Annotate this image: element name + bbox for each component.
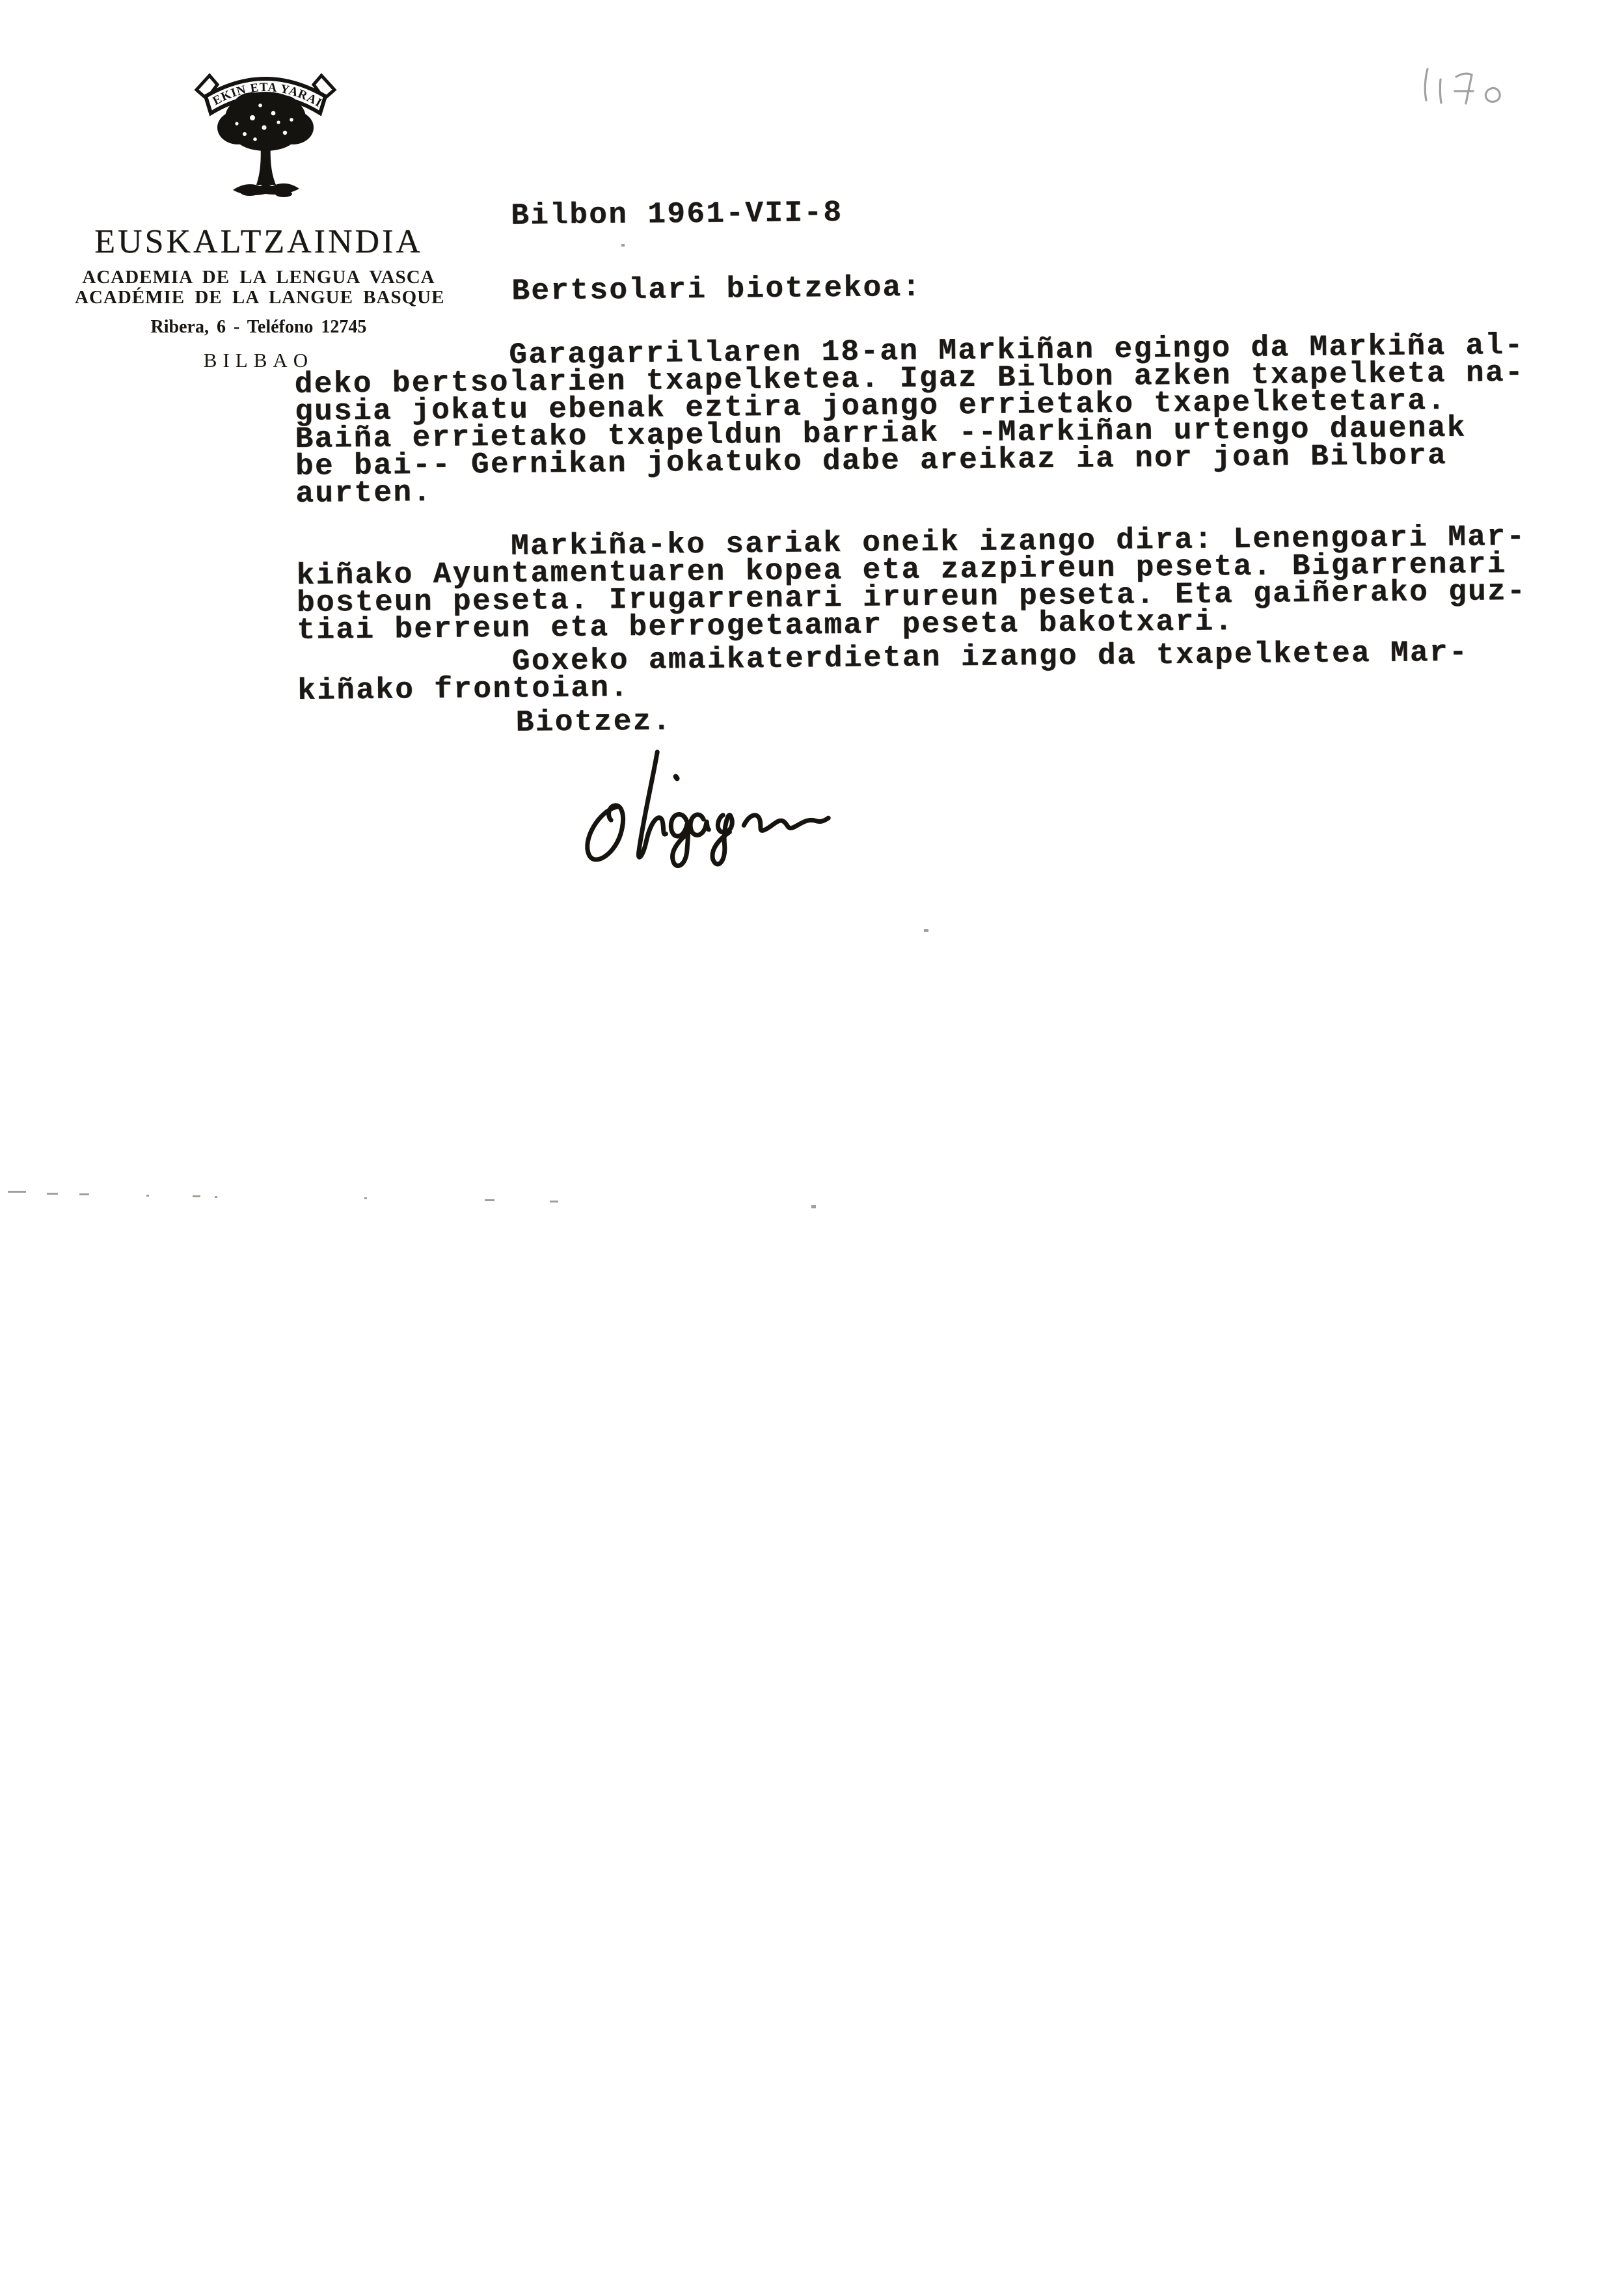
paragraph-2: Markiña-ko sariak oneik izango dira: Len… [296, 523, 1527, 644]
scan-speck [79, 1193, 89, 1195]
pencil-annotation-470 [1418, 57, 1536, 116]
salutation: Bertsolari biotzekoa: [511, 274, 921, 305]
scanned-letter-page: EKIN ETA YARAI [0, 0, 1624, 2282]
scan-speck [924, 929, 928, 932]
scan-speck [364, 1197, 367, 1199]
scan-speck [47, 1193, 58, 1195]
scan-speck [811, 1205, 816, 1208]
scan-speck [485, 1199, 494, 1201]
handwritten-signature [558, 741, 846, 880]
tree-trunk [233, 141, 299, 197]
euskaltzaindia-tree-logo: EKIN ETA YARAI [187, 56, 344, 206]
dateline: Bilbon 1961-VII-8 [511, 199, 843, 230]
typed-letter: Bilbon 1961-VII-8 Bertsolari biotzekoa: … [293, 184, 1575, 912]
scan-speck [621, 244, 625, 247]
scan-speck [193, 1195, 200, 1197]
paragraph-3: Goxeko amaikaterdietan izango da txapelk… [297, 639, 1469, 705]
paragraph-1: Garagarrillaren 18-an Markiñan egingo da… [294, 332, 1526, 508]
scan-speck [146, 1195, 149, 1197]
scan-speck [550, 1201, 558, 1202]
scan-speck [8, 1191, 26, 1193]
closing-biotzez: Biotzez. [516, 707, 672, 736]
scan-speck [215, 1196, 217, 1198]
